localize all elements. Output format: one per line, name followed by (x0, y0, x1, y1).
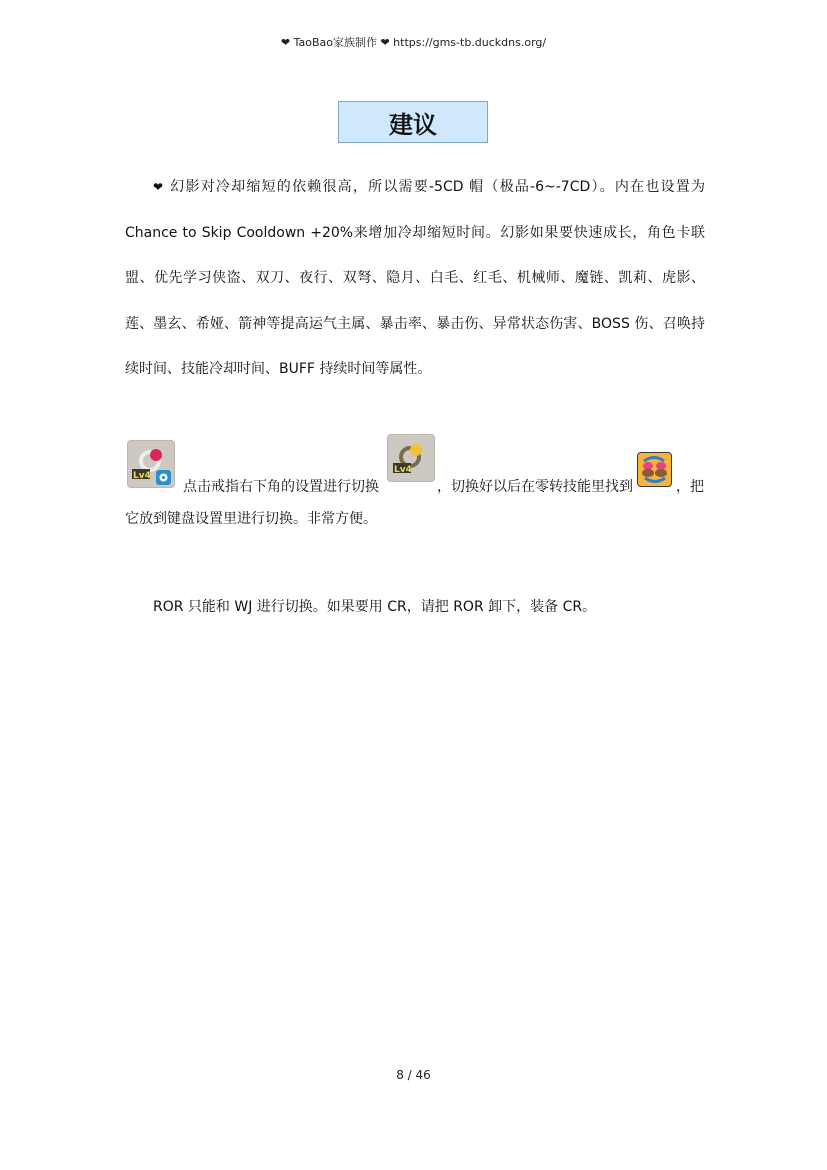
page-number: 8 / 46 (0, 1068, 827, 1082)
svg-text:Lv4: Lv4 (133, 471, 151, 481)
ring-with-settings-icon: Lv4 (127, 440, 175, 488)
instruction-text-c: ，把 (676, 476, 704, 496)
paragraph-ring-switch: Lv4 点击戒指右下角的设置进行切换 Lv4 ，切换好以后在零转技能里找到 ，把 (125, 438, 705, 494)
instruction-text-b: ，切换好以后在零转技能里找到 (437, 476, 633, 496)
heart-icon: ❤ (153, 180, 164, 194)
paragraph-ror-note: ROR 只能和 WJ 进行切换。如果要用 CR，请把 ROR 卸下，装备 CR。 (153, 596, 596, 616)
ring-lv4-icon: Lv4 (387, 434, 435, 482)
paragraph-text: 幻影对冷却缩短的依赖很高，所以需要-5CD 帽（极品-6~-7CD）。内在也设置… (125, 179, 705, 377)
instruction-text-a: 点击戒指右下角的设置进行切换 (183, 476, 379, 496)
ring-swap-skill-icon (637, 452, 672, 487)
svg-text:Lv4: Lv4 (394, 465, 412, 475)
page-header: ❤ TaoBao家族制作 ❤ https://gms-tb.duckdns.or… (0, 34, 827, 50)
instruction-text-d: 它放到键盘设置里进行切换。非常方便。 (125, 508, 377, 528)
section-title: 建议 (338, 101, 488, 143)
paragraph-cooldown-advice: ❤幻影对冷却缩短的依赖很高，所以需要-5CD 帽（极品-6~-7CD）。内在也设… (125, 165, 705, 393)
